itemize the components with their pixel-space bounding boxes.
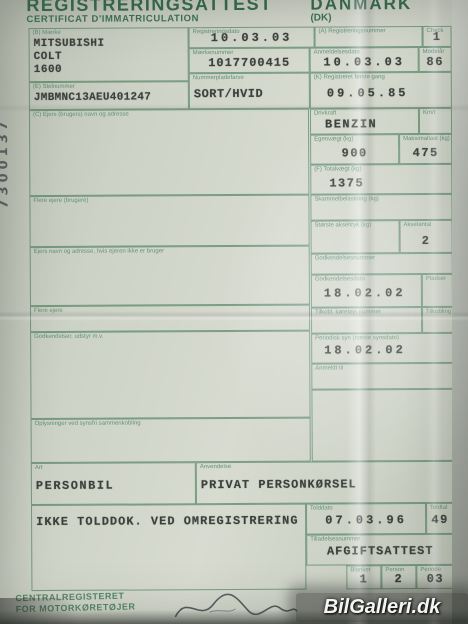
- field-label: Tilkobling: [423, 308, 452, 316]
- field-value: 49: [427, 512, 453, 529]
- document-photo: REGISTRERINGSATTEST CERTIFICAT D'IMMATRI…: [0, 0, 468, 624]
- field-value: PERSONBIL: [32, 477, 195, 495]
- field-label: Flere ejere: [31, 306, 309, 315]
- field-godkendelsesdato: Godkendelsesdato 18.02.02: [311, 274, 422, 308]
- field-label: Mærkenummer: [190, 49, 309, 56]
- field-label: Toldtal: [427, 504, 453, 512]
- field-label: Godkendelsesnummer: [312, 254, 452, 263]
- field-kmt: Km/t: [419, 108, 452, 134]
- field-art: Art PERSONBIL: [31, 462, 196, 505]
- field-label: Ejers navn og adresse, hvis ejeren ikke …: [31, 247, 309, 256]
- field-value: 09.05.85: [311, 85, 451, 103]
- field-flere-ejere: Flere ejere: [30, 305, 310, 332]
- field-value: 1017700415: [190, 55, 309, 73]
- field-label: Registreringsdato: [190, 28, 314, 35]
- field-label: Periodisk syn (næste synsdato): [312, 334, 452, 343]
- field-godkendelsesnummer: Godkendelsesnummer: [311, 253, 453, 275]
- field-label: Pladser: [423, 275, 452, 283]
- field-label: Anmeldelsesdato: [311, 48, 418, 55]
- field-label: Tilkobl. køretøjs nummer: [312, 308, 421, 317]
- field-value: 1: [347, 572, 380, 588]
- field-label: (K) Registreret første gang: [311, 73, 451, 82]
- field-label: Drivkraft: [311, 109, 418, 117]
- field-value: PRIVAT PERSONKØRSEL: [197, 476, 453, 494]
- field-ejers-navn: Ejers navn og adresse, hvis ejeren ikke …: [30, 246, 310, 306]
- field-drivkraft: Drivkraft BENZIN: [310, 108, 419, 135]
- field-value: 2: [401, 233, 452, 250]
- field-foerste-gang: (K) Registreret første gang 09.05.85: [310, 72, 452, 109]
- field-small-box-2: Person 2: [381, 565, 416, 589]
- field-label: Største akseltryk (kg): [312, 221, 399, 229]
- bottom-left-shadow: [0, 598, 110, 624]
- field-tilladelsesnummer: Tilladelsesnummer AFGIFTSATTEST: [306, 534, 454, 566]
- field-check: Check 1: [423, 26, 452, 47]
- field-label: Akselantal: [401, 221, 452, 229]
- field-totalvaegt: (F) Totalvægt (kg) 1375: [310, 164, 452, 195]
- field-value: 03: [417, 572, 453, 588]
- field-toldtal: Toldtal 49: [426, 503, 454, 534]
- field-periodisk-syn: Periodisk syn (næste synsdato) 18.02.02: [311, 333, 453, 364]
- field-reg-nr: (A) Registreringsnummer: [315, 26, 423, 48]
- field-value: 1600: [30, 63, 188, 79]
- field-tilkobl: Tilkobl. køretøjs nummer: [311, 307, 422, 334]
- field-value: AFGIFTSATTEST: [307, 543, 453, 561]
- field-value: BENZIN: [311, 116, 418, 134]
- field-value: 18.02.02: [312, 285, 421, 303]
- document-subtitle: CERTIFICAT D'IMMATRICULATION: [26, 13, 199, 25]
- field-small-box-1: Blanket 1: [346, 565, 381, 589]
- field-value: 1375: [311, 175, 451, 193]
- field-label: (F) Totalvægt (kg): [311, 165, 451, 174]
- field-value: JMBMNC13AEU401247: [30, 90, 188, 106]
- field-label: Skammelbelastning (kg): [311, 195, 451, 204]
- field-label: Km/t: [420, 109, 451, 117]
- photo-background-right-edge: [452, 0, 468, 624]
- watermark-band: BilGalleri.dk: [296, 593, 468, 622]
- field-label: Godkendelser, udstyr m.v.: [31, 332, 309, 341]
- watermark-text: BilGalleri.dk: [324, 596, 441, 619]
- field-nummerpladefarve: Nummerpladefarve SORT/HVID: [189, 73, 310, 110]
- field-label: Egenvægt (kg): [311, 135, 398, 143]
- field-value: MITSUBISHI: [30, 36, 188, 51]
- field-pladser: Pladser: [422, 274, 453, 307]
- field-label: Tilladelsesnummer: [307, 535, 453, 544]
- field-label: Periode: [417, 566, 453, 572]
- field-label: Nummerpladefarve: [190, 74, 309, 83]
- field-value: IKKE TOLDDOK. VED OMREGISTRERING: [32, 513, 305, 531]
- field-maerke: (B) Mærke MITSUBISHI COLT 1600: [29, 27, 189, 82]
- field-akseltryk: Største akseltryk (kg): [311, 220, 400, 253]
- field-value: 86: [420, 54, 451, 71]
- field-small-box-3: Periode 03: [416, 565, 454, 589]
- field-stelnummer: (E) Stelnummer JMBMNC13AEU401247: [29, 81, 189, 110]
- field-label: Maksimallast (kg): [400, 135, 451, 143]
- field-anmeldt-til: Anmeldt til: [311, 363, 453, 390]
- field-label: Tolddato: [307, 504, 425, 513]
- field-label: Blanket: [347, 566, 380, 572]
- field-value: 18.02.02: [312, 342, 452, 360]
- field-label: Anvendelse: [197, 462, 453, 471]
- field-value: 475: [400, 145, 451, 162]
- field-maerkenummer: Mærkenummer 1017700415: [189, 48, 310, 74]
- field-maksimallast: Maksimallast (kg) 475: [399, 134, 452, 164]
- field-label: Check: [424, 27, 451, 33]
- field-flere-ejere-brugere: Flere ejere (brugere): [29, 195, 309, 247]
- field-label: (E) Stelnummer: [30, 82, 188, 91]
- field-value: 2: [382, 572, 415, 588]
- field-label: Oplysninger ved synsfri sammenkobling: [32, 419, 310, 428]
- field-egenvaegt: Egenvægt (kg) 900: [310, 134, 399, 164]
- field-label: (C) Ejers (brugers) navn og adresse: [30, 110, 308, 119]
- field-godkendelser: Godkendelser, udstyr m.v.: [30, 331, 310, 419]
- field-value: SORT/HVID: [190, 86, 309, 104]
- certificate-paper: REGISTRERINGSATTEST CERTIFICAT D'IMMATRI…: [0, 0, 468, 624]
- field-label: (A) Registreringsnummer: [316, 27, 422, 36]
- field-synsfri: Oplysninger ved synsfri sammenkobling: [31, 418, 311, 463]
- field-label: Flere ejere (brugere): [30, 196, 308, 205]
- field-modelaar: Modelår 86: [419, 47, 452, 72]
- field-value: 07.03.96: [307, 512, 425, 530]
- field-anvendelse: Anvendelse PRIVAT PERSONKØRSEL: [196, 461, 454, 504]
- field-reg-dato: Registreringsdato 10.03.03: [189, 27, 315, 49]
- field-label: Modelår: [420, 48, 451, 54]
- field-value: COLT: [30, 50, 188, 64]
- field-label: Anmeldt til: [312, 364, 452, 373]
- field-skammelbelastning: Skammelbelastning (kg): [310, 194, 452, 221]
- field-akselantal: Akselantal 2: [400, 220, 453, 253]
- country-code: (DK): [310, 12, 331, 23]
- field-ejer: (C) Ejers (brugers) navn og adresse: [29, 109, 309, 196]
- field-tolddato: Tolddato 07.03.96: [306, 503, 426, 535]
- field-label: (B) Mærke: [30, 28, 188, 37]
- field-value: 10.03.03: [311, 54, 418, 72]
- handwritten-margin-number: 7300137: [0, 117, 11, 208]
- field-tilkobling: Tilkobling: [422, 307, 453, 333]
- field-told-note: IKKE TOLDDOK. VED OMREGISTRERING: [31, 504, 306, 591]
- field-anmeldelsesdato: Anmeldelsesdato 10.03.03: [310, 47, 419, 73]
- field-label: Person: [382, 566, 415, 572]
- field-blank: [311, 389, 453, 462]
- field-value: 900: [311, 145, 398, 162]
- field-label: Godkendelsesdato: [312, 275, 421, 284]
- field-label: Art: [32, 463, 195, 472]
